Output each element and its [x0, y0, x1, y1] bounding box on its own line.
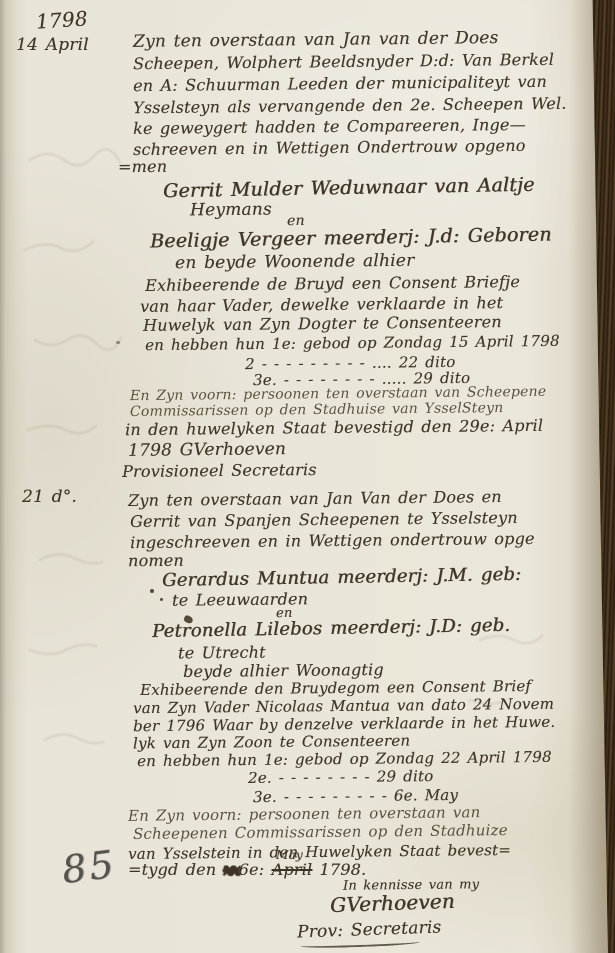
manuscript-line: Gerrit van Spanjen Scheepenen te Ysselst… [130, 508, 518, 531]
scribbled-out-text: xx [224, 860, 239, 879]
manuscript-line: GVerhoeven [330, 889, 456, 917]
manuscript-line: in den huwelyken Staat bevestigd den 29e… [125, 416, 543, 439]
page-left-edge [0, 0, 16, 953]
struck-month: April [272, 860, 313, 879]
manuscript-line: Heymans [190, 200, 272, 221]
manuscript-line: Zyn ten overstaan van Jan van der Does [133, 28, 499, 52]
manuscript-line: en hebben hun 1e: gebod op Zondag 22 Apr… [137, 748, 552, 770]
manuscript-line: Ysselsteyn als vervangende den 2e. Schee… [133, 94, 567, 118]
manuscript-line: en hebben hun 1e: gebod op Zondag 15 Apr… [145, 332, 560, 354]
manuscript-line: Scheepen, Wolphert Beeldsnyder D:d: Van … [133, 50, 554, 73]
manuscript-line: Prov: Secretaris [297, 917, 442, 942]
margin-date-entry-1: 14 April [16, 35, 89, 55]
manuscript-line: schreeven en in Wettigen Ondertrouw opge… [133, 136, 526, 159]
manuscript-line: en [287, 213, 305, 229]
manuscript-line: Provisioneel Secretaris [122, 460, 317, 481]
manuscript-line: 2e. - - - - - - - - 29 dito [248, 767, 434, 787]
ink-speck [116, 341, 120, 344]
book-binding-edge [583, 0, 615, 953]
manuscript-line: =men [118, 157, 167, 177]
manuscript-line: Exhibeerende de Bruyd een Consent Briefj… [145, 272, 520, 295]
ink-speck [160, 598, 163, 601]
manuscript-line: nomen [128, 551, 184, 571]
manuscript-line: en beyde Woonende alhier [175, 251, 415, 274]
margin-date-entry-2: 21 d°. [22, 487, 77, 507]
manuscript-line: te Utrecht [178, 643, 266, 663]
manuscript-line: Scheepenen Commissarissen op den Stadhui… [133, 821, 508, 843]
manuscript-line: Gerrit Mulder Weduwnaar van Aaltje [163, 174, 535, 202]
manuscript-line: Gerardus Muntua meerderj: J.M. geb: [162, 564, 522, 591]
manuscript-line: Huwelyk van Zyn Dogter te Consenteeren [143, 312, 502, 335]
year-heading: 1798 [35, 6, 88, 34]
manuscript-line: 1798 GVerhoeven [128, 439, 286, 461]
manuscript-line: Petronella Lilebos meerderj: J.D: geb. [152, 615, 510, 642]
date-suffix: 1798. [312, 860, 366, 879]
ink-speck [150, 589, 154, 593]
manuscript-line: ke geweygert hadden te Compareeren, Inge… [133, 115, 526, 138]
manuscript-page: 1798 14 April 21 d°. Zyn ten overstaan v… [0, 0, 615, 953]
confirmation-date-line: =tygd den xx6e: April 1798. May [128, 860, 366, 879]
month-correction: May [276, 848, 303, 862]
manuscript-line: Zyn ten overstaan van Jan Van der Does e… [128, 487, 502, 510]
date-prefix: =tygd den [128, 860, 224, 879]
manuscript-line: en A: Schuurman Leeden der municipalitey… [133, 72, 547, 95]
manuscript-line: Beeligje Vergeer meerderj: J.d: Geboren [150, 223, 552, 252]
manuscript-line: ingeschreeven en in Wettigen ondertrouw … [130, 529, 535, 552]
pencil-page-number: 85 [60, 842, 119, 892]
date-mid: 6e: [239, 860, 272, 879]
